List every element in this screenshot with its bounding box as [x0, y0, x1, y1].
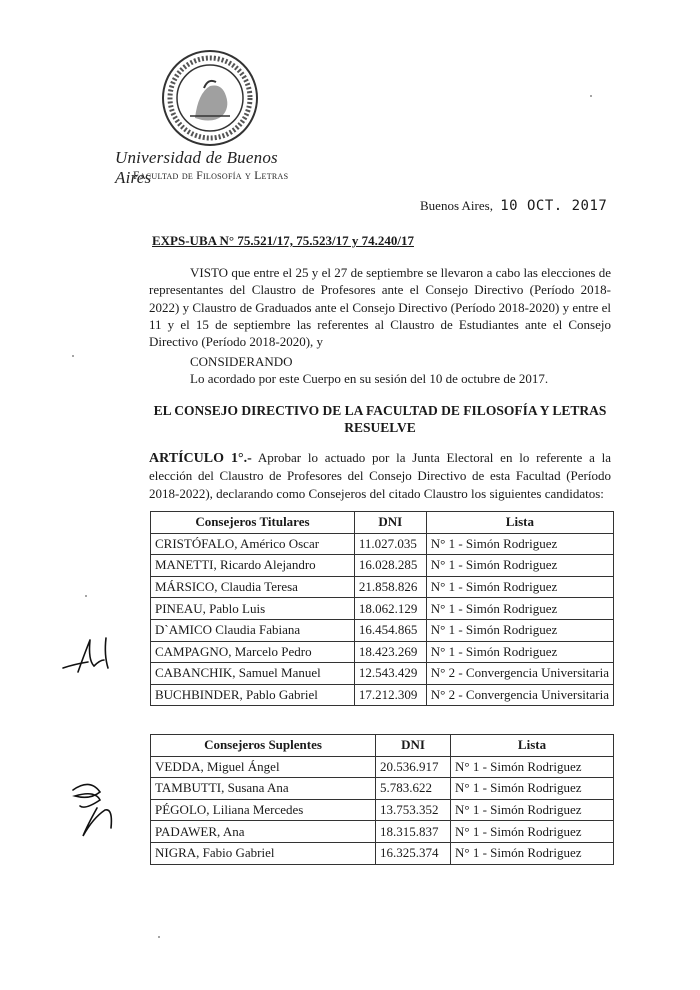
councillor-name: D`AMICO Claudia Fabiana — [151, 619, 355, 641]
column-header: Consejeros Suplentes — [151, 735, 376, 757]
university-seal-icon — [160, 48, 260, 148]
suplentes-table: Consejeros Suplentes DNI Lista VEDDA, Mi… — [150, 734, 614, 865]
table-row: CRISTÓFALO, Américo Oscar11.027.035N° 1 … — [151, 533, 614, 555]
dni-value: 16.028.285 — [354, 555, 426, 577]
councillor-name: CRISTÓFALO, Américo Oscar — [151, 533, 355, 555]
date-stamp: 10 OCT. 2017 — [500, 198, 607, 214]
table-row: D`AMICO Claudia Fabiana16.454.865N° 1 - … — [151, 619, 614, 641]
dni-value: 18.315.837 — [376, 821, 451, 843]
list-name: N° 2 - Convergencia Universitaria — [426, 684, 613, 706]
dni-value: 21.858.826 — [354, 576, 426, 598]
considerando-text: Lo acordado por este Cuerpo en su sesión… — [190, 371, 548, 387]
considerando-label: CONSIDERANDO — [190, 354, 293, 370]
column-header: DNI — [376, 735, 451, 757]
councillor-name: NIGRA, Fabio Gabriel — [151, 842, 376, 864]
table-header-row: Consejeros Titulares DNI Lista — [151, 512, 614, 534]
table-row: MANETTI, Ricardo Alejandro16.028.285N° 1… — [151, 555, 614, 577]
signature-initials-icon — [60, 630, 120, 680]
list-name: N° 2 - Convergencia Universitaria — [426, 663, 613, 685]
article-1-paragraph: ARTÍCULO 1°.- Aprobar lo actuado por la … — [149, 449, 611, 502]
councillor-name: PINEAU, Pablo Luis — [151, 598, 355, 620]
place: Buenos Aires, — [420, 198, 493, 213]
councillor-name: CAMPAGNO, Marcelo Pedro — [151, 641, 355, 663]
list-name: N° 1 - Simón Rodriguez — [426, 576, 613, 598]
table-row: BUCHBINDER, Pablo Gabriel17.212.309N° 2 … — [151, 684, 614, 706]
heading-line-1: EL CONSEJO DIRECTIVO DE LA FACULTAD DE F… — [149, 402, 611, 419]
column-header: Lista — [426, 512, 613, 534]
dni-value: 11.027.035 — [354, 533, 426, 555]
column-header: DNI — [354, 512, 426, 534]
table-row: CAMPAGNO, Marcelo Pedro18.423.269N° 1 - … — [151, 641, 614, 663]
dni-value: 18.423.269 — [354, 641, 426, 663]
file-reference: EXPS-UBA N° 75.521/17, 75.523/17 y 74.24… — [152, 233, 414, 249]
list-name: N° 1 - Simón Rodriguez — [426, 641, 613, 663]
article-1-label: ARTÍCULO 1°.- — [149, 451, 252, 466]
scan-speck — [158, 936, 160, 938]
dni-value: 13.753.352 — [376, 799, 451, 821]
scan-speck — [590, 95, 592, 97]
councillor-name: PADAWER, Ana — [151, 821, 376, 843]
dni-value: 12.543.429 — [354, 663, 426, 685]
dni-value: 16.454.865 — [354, 619, 426, 641]
table-header-row: Consejeros Suplentes DNI Lista — [151, 735, 614, 757]
visto-paragraph: VISTO que entre el 25 y el 27 de septiem… — [149, 264, 611, 350]
councillor-name: TAMBUTTI, Susana Ana — [151, 778, 376, 800]
list-name: N° 1 - Simón Rodriguez — [451, 778, 614, 800]
scan-speck — [85, 595, 87, 597]
table-row: PINEAU, Pablo Luis18.062.129N° 1 - Simón… — [151, 598, 614, 620]
table-row: MÁRSICO, Claudia Teresa21.858.826N° 1 - … — [151, 576, 614, 598]
list-name: N° 1 - Simón Rodriguez — [426, 555, 613, 577]
dni-value: 16.325.374 — [376, 842, 451, 864]
table-row: VEDDA, Miguel Ángel20.536.917N° 1 - Simó… — [151, 756, 614, 778]
councillor-name: VEDDA, Miguel Ángel — [151, 756, 376, 778]
table-row: CABANCHIK, Samuel Manuel12.543.429N° 2 -… — [151, 663, 614, 685]
column-header: Consejeros Titulares — [151, 512, 355, 534]
faculty-name: Facultad de Filosofía y Letras — [133, 170, 288, 182]
resolution-heading: EL CONSEJO DIRECTIVO DE LA FACULTAD DE F… — [149, 402, 611, 436]
dni-value: 18.062.129 — [354, 598, 426, 620]
councillor-name: MÁRSICO, Claudia Teresa — [151, 576, 355, 598]
signature-initials-icon — [65, 778, 120, 843]
table-row: PADAWER, Ana18.315.837N° 1 - Simón Rodri… — [151, 821, 614, 843]
councillor-name: PÉGOLO, Liliana Mercedes — [151, 799, 376, 821]
dni-value: 20.536.917 — [376, 756, 451, 778]
titulares-table: Consejeros Titulares DNI Lista CRISTÓFAL… — [150, 511, 614, 706]
heading-line-2: RESUELVE — [149, 419, 611, 436]
column-header: Lista — [451, 735, 614, 757]
list-name: N° 1 - Simón Rodriguez — [451, 756, 614, 778]
list-name: N° 1 - Simón Rodriguez — [426, 598, 613, 620]
date-line: Buenos Aires, 10 OCT. 2017 — [420, 198, 607, 214]
table-row: NIGRA, Fabio Gabriel16.325.374N° 1 - Sim… — [151, 842, 614, 864]
scan-speck — [72, 355, 74, 357]
university-name: Universidad de Buenos Aires — [115, 148, 315, 188]
dni-value: 5.783.622 — [376, 778, 451, 800]
list-name: N° 1 - Simón Rodriguez — [451, 821, 614, 843]
table-row: TAMBUTTI, Susana Ana5.783.622N° 1 - Simó… — [151, 778, 614, 800]
list-name: N° 1 - Simón Rodriguez — [426, 533, 613, 555]
councillor-name: MANETTI, Ricardo Alejandro — [151, 555, 355, 577]
councillor-name: BUCHBINDER, Pablo Gabriel — [151, 684, 355, 706]
list-name: N° 1 - Simón Rodriguez — [426, 619, 613, 641]
table-row: PÉGOLO, Liliana Mercedes13.753.352N° 1 -… — [151, 799, 614, 821]
dni-value: 17.212.309 — [354, 684, 426, 706]
list-name: N° 1 - Simón Rodriguez — [451, 842, 614, 864]
councillor-name: CABANCHIK, Samuel Manuel — [151, 663, 355, 685]
list-name: N° 1 - Simón Rodriguez — [451, 799, 614, 821]
